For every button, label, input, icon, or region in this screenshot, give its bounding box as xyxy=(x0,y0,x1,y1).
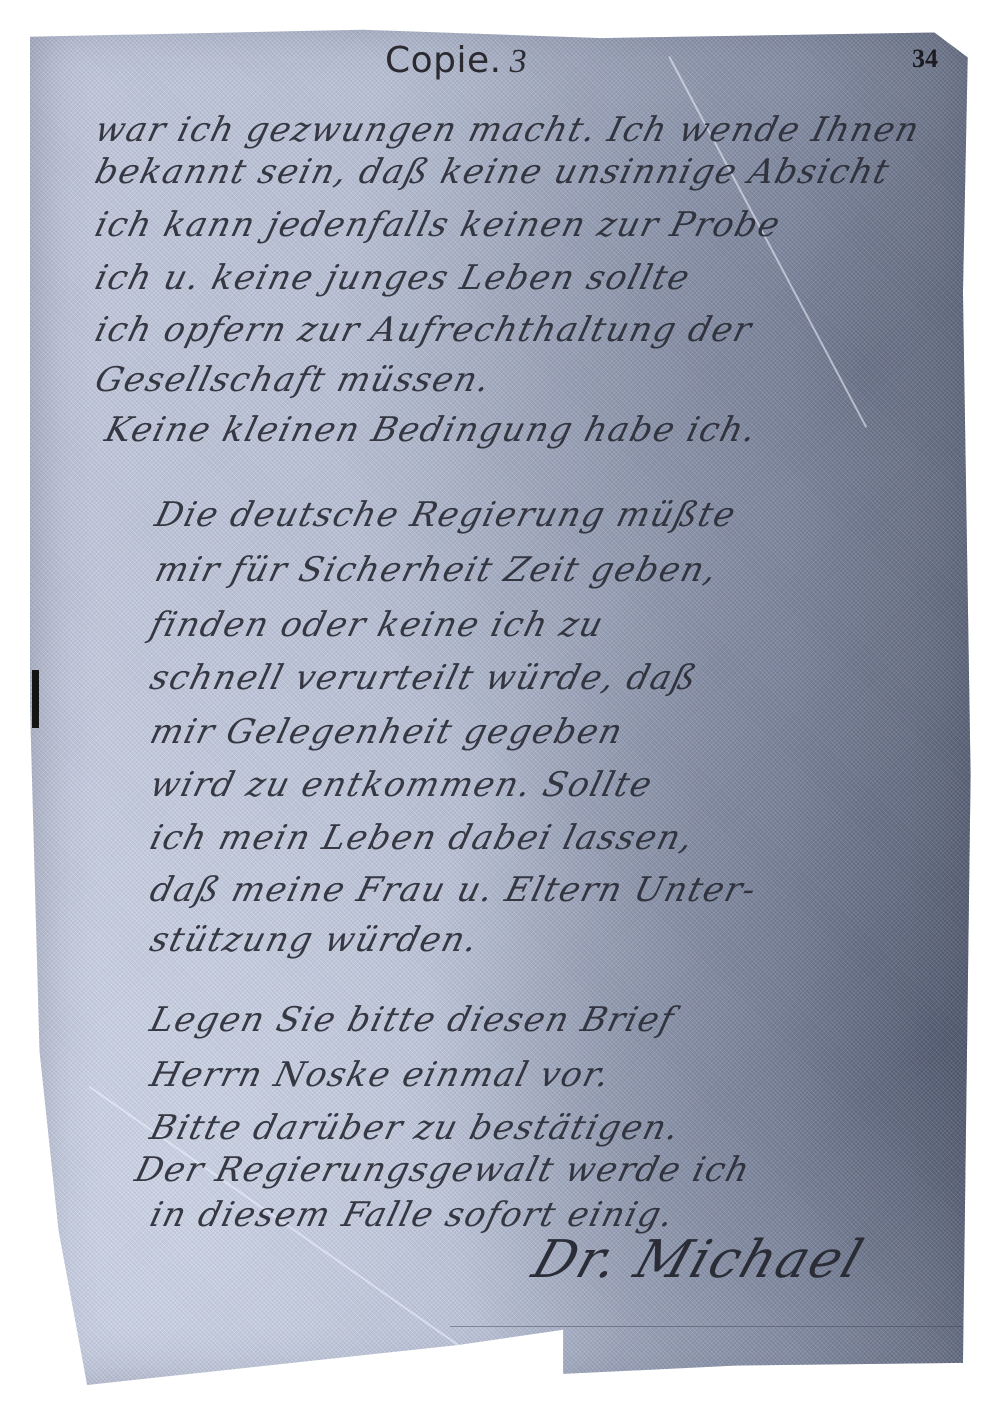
paper-edge-shadow xyxy=(450,1326,1000,1327)
letter-line: Keine kleinen Bedingung habe ich. xyxy=(101,410,761,450)
letter-line: ich mein Leben dabei lassen, xyxy=(146,818,698,858)
page-number: 34 xyxy=(912,44,938,74)
letter-line: ich opfern zur Aufrechthaltung der xyxy=(91,310,757,350)
letter-line: war ich gezwungen macht. Ich wende Ihnen xyxy=(91,110,924,150)
letter-line: schnell verurteilt würde, daß xyxy=(146,658,702,698)
letter-line: stützung würden. xyxy=(146,920,483,960)
scan-edge-mark xyxy=(32,670,39,728)
stamp-label: Copie. xyxy=(385,40,502,81)
letter-line: daß meine Frau u. Eltern Unter- xyxy=(146,870,761,910)
letter-line: in diesem Falle sofort einig. xyxy=(146,1195,679,1235)
letter-line: Die deutsche Regierung müßte xyxy=(151,495,741,535)
letter-line: Gesellschaft müssen. xyxy=(91,360,495,400)
letter-line: Bitte darüber zu bestätigen. xyxy=(146,1108,684,1148)
letter-line: ich u. keine junges Leben sollte xyxy=(91,258,695,298)
letter-line: Der Regierungsgewalt werde ich xyxy=(131,1150,755,1190)
copy-stamp: Copie.3 xyxy=(385,40,527,81)
copy-number: 3 xyxy=(510,43,528,80)
letter-line: Herrn Noske einmal vor. xyxy=(146,1055,615,1095)
letter-line: ich kann jedenfalls keinen zur Probe xyxy=(91,205,785,245)
letter-line: Legen Sie bitte diesen Brief xyxy=(146,1000,679,1040)
letter-line: mir für Sicherheit Zeit geben, xyxy=(151,550,722,590)
letter-line: finden oder keine ich zu xyxy=(146,605,608,645)
signature: Dr. Michael xyxy=(525,1230,871,1290)
letter-line: bekannt sein, daß keine unsinnige Absich… xyxy=(91,152,894,192)
document-photo: Copie.3 34 war ich gezwungen macht. Ich … xyxy=(0,0,1000,1420)
letter-line: mir Gelegenheit gegeben xyxy=(146,712,628,752)
letter-line: wird zu entkommen. Sollte xyxy=(146,765,657,805)
